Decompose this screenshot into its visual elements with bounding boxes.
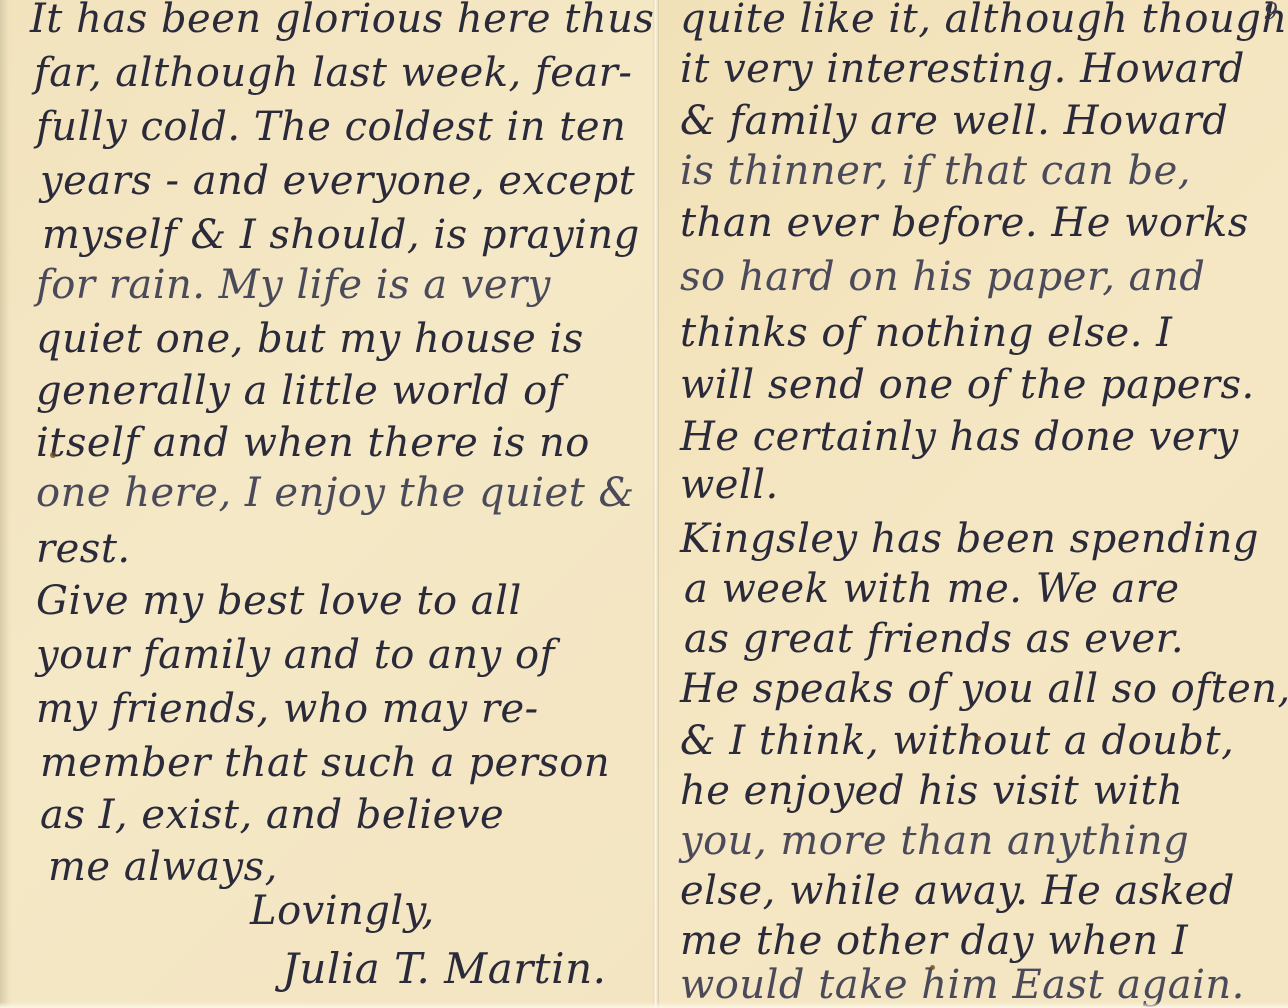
left-line-17: me always, [48,844,278,890]
right-line-10: well. [680,462,779,508]
left-line-1: It has been glorious here thus [30,0,654,42]
page-fold [653,0,659,1008]
right-line-3: & family are well. Howard [680,98,1228,144]
left-line-4: years - and everyone, except [40,158,635,204]
right-line-6: so hard on his paper, and [680,254,1205,300]
right-line-16: he enjoyed his visit with [680,768,1183,814]
paper-bottom-edge [0,1002,1288,1008]
right-line-9: He certainly has done very [680,414,1239,460]
right-line-13: as great friends as ever. [684,616,1184,662]
left-line-10: one here, I enjoy the quiet & [36,470,635,516]
right-line-7: thinks of nothing else. I [680,310,1172,356]
right-line-15: & I think, without a doubt, [680,718,1234,764]
left-line-12: Give my best love to all [36,578,522,624]
left-line-13: your family and to any of [36,632,555,678]
ink-spot [930,965,935,970]
left-line-8: generally a little world of [36,368,563,414]
left-line-3: fully cold. The coldest in ten [36,104,626,150]
left-line-16: as I, exist, and believe [40,792,504,838]
ink-spot [976,736,981,741]
right-line-19: me the other day when I [680,918,1188,964]
right-line-18: else, while away. He asked [680,868,1235,914]
signature: Julia T. Martin. [282,944,607,993]
left-page: It has been glorious here thus far, alth… [0,0,655,1008]
right-line-12: a week with me. We are [684,566,1180,612]
left-line-9: itself and when there is no [36,420,590,466]
right-line-17: you, more than anything [680,818,1189,864]
right-line-11: Kingsley has been spending [680,516,1259,562]
left-line-14: my friends, who may re- [36,686,539,732]
right-page: quite like it, although thought it very … [658,0,1288,1008]
right-line-4: is thinner, if that can be, [680,148,1191,194]
left-line-11: rest. [36,526,131,572]
right-line-1: quite like it, although thought [680,0,1288,42]
page-number: 9 [1264,0,1278,25]
right-line-5: than ever before. He works [680,200,1249,246]
left-line-5: myself & I should, is praying [42,212,640,258]
right-line-14: He speaks of you all so often, [680,666,1288,712]
left-line-7: quiet one, but my house is [36,316,584,362]
letter-scan: It has been glorious here thus far, alth… [0,0,1288,1008]
left-line-6: for rain. My life is a very [36,262,551,308]
right-line-8: will send one of the papers. [680,362,1255,408]
closing: Lovingly, [250,888,435,934]
left-line-2: far, although last week, fear- [34,50,632,96]
ink-spot [50,452,56,458]
left-line-15: member that such a person [40,740,610,786]
paper-edge-shadow [0,0,12,1008]
right-line-2: it very interesting. Howard [680,46,1245,92]
